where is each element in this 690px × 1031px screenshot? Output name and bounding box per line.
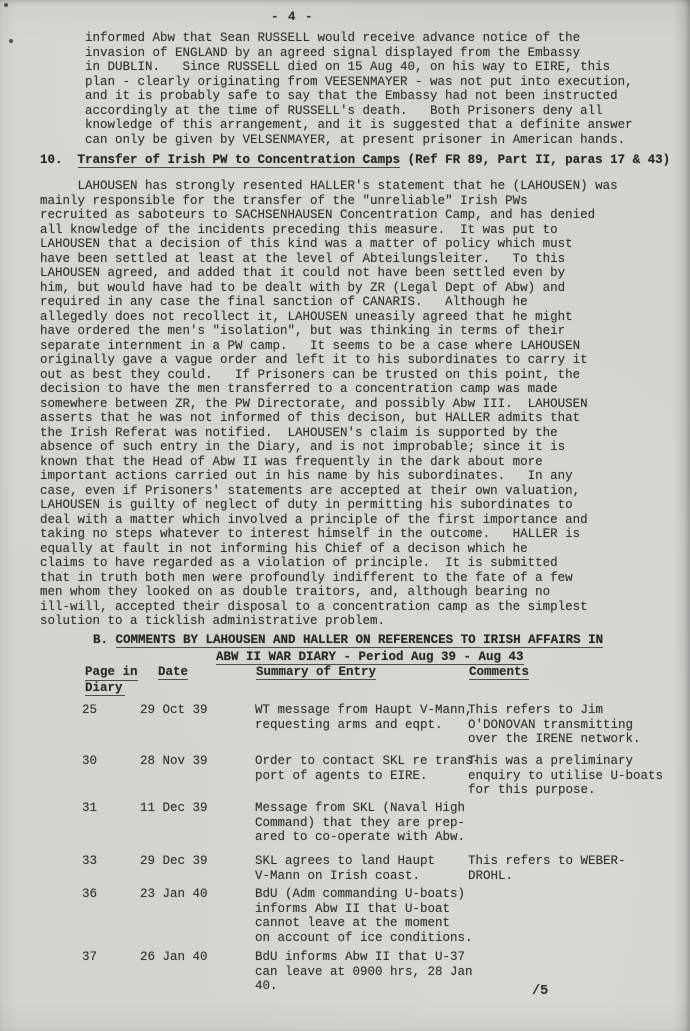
column-header-date: Date [158, 665, 188, 680]
section-b-label: B. [93, 633, 116, 647]
table-row-cell-page: 30 [82, 754, 97, 769]
scanned-document-page: - 4 - informed Abw that Sean RUSSELL wou… [0, 0, 690, 1031]
table-row-cell-summary: Message from SKL (Naval High Command) th… [255, 801, 465, 845]
table-row-cell-comments: This refers to WEBER- DROHL. [468, 854, 626, 883]
section-10-title: Transfer of Irish PW to Concentration Ca… [78, 153, 401, 168]
column-header-comments: Comments [469, 665, 529, 680]
table-row-cell-page: 25 [82, 703, 97, 718]
table-row-cell-summary: SKL agrees to land Haupt V-Mann on Irish… [255, 854, 435, 883]
page-continuation-mark: /5 [532, 985, 548, 1000]
section-b-heading-line2: ABW II WAR DIARY - Period Aug 39 - Aug 4… [216, 650, 524, 665]
section-10-heading: 10. Transfer of Irish PW to Concentratio… [40, 153, 670, 168]
table-row-cell-page: 33 [82, 854, 97, 869]
table-row-cell-summary: WT message from Haupt V-Mann, requesting… [255, 703, 473, 732]
ink-speck [4, 3, 8, 7]
table-row-cell-comments: This was a preliminary enquiry to utilis… [468, 754, 663, 798]
table-row-cell-summary: BdU (Adm commanding U-boats) informs Abw… [255, 887, 473, 945]
section-10-number: 10. [40, 153, 63, 167]
ink-speck [9, 39, 13, 43]
table-row-cell-date: 29 Dec 39 [140, 854, 208, 869]
section-10-reference: (Ref FR 89, Part II, paras 17 & 43) [400, 153, 670, 167]
table-row-cell-comments: This refers to Jim O'DONOVAN transmittin… [468, 703, 641, 747]
table-row-cell-date: 26 Jan 40 [140, 950, 208, 965]
column-header-summary: Summary of Entry [256, 665, 376, 680]
table-row-cell-date: 11 Dec 39 [140, 801, 208, 816]
table-row-cell-page: 36 [82, 887, 97, 902]
page-number: - 4 - [271, 10, 314, 25]
table-row-cell-page: 37 [82, 950, 97, 965]
table-row-cell-summary: Order to contact SKL re trans- port of a… [255, 754, 480, 783]
column-header-page-in-diary: Page inDiary [85, 665, 138, 696]
table-row-cell-date: 29 Oct 39 [140, 703, 208, 718]
table-row-cell-date: 23 Jan 40 [140, 887, 208, 902]
section-b-heading-line1: B. COMMENTS BY LAHOUSEN AND HALLER ON RE… [93, 633, 603, 648]
section-10-paragraph: LAHOUSEN has strongly resented HALLER's … [40, 179, 618, 629]
section-b-title-line2: ABW II WAR DIARY - Period Aug 39 - Aug 4… [216, 650, 524, 665]
section-b-title-line1: COMMENTS BY LAHOUSEN AND HALLER ON REFER… [116, 633, 604, 648]
table-row-cell-page: 31 [82, 801, 97, 816]
continuation-paragraph: informed Abw that Sean RUSSELL would rec… [85, 31, 633, 147]
table-row-cell-date: 28 Nov 39 [140, 754, 208, 769]
table-row-cell-summary: BdU informs Abw II that U-37 can leave a… [255, 950, 473, 994]
